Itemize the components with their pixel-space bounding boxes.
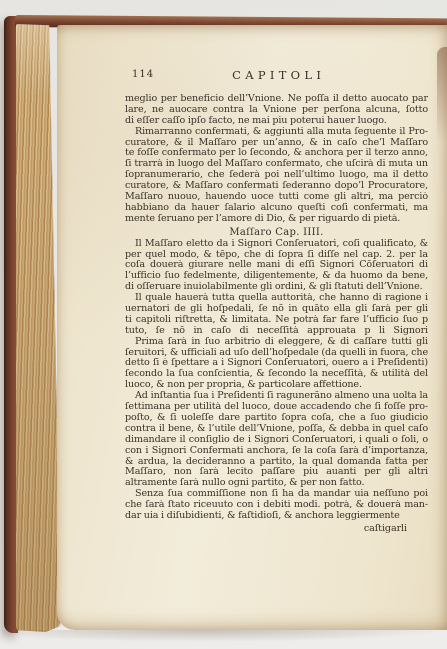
text-line: ſeruitori, & ufficiali ad uſo dell’hoſpe… xyxy=(125,348,428,359)
text-line: l’ufficio ſuo fedelmente, diligentemente… xyxy=(125,271,428,282)
text-line: dar uia i diſubidienti, & faſtidioſi, & … xyxy=(125,511,428,522)
text-line: ſettimana per utilità del luoco, doue ac… xyxy=(125,402,428,413)
text-line: Maſſaro nuouo, hauendo uoce tutti come g… xyxy=(125,192,428,203)
text-line: tuto, ſe nō in caſo di neceſſità approua… xyxy=(125,326,428,337)
text-line: te foſſe confermato per lo ſecondo, & an… xyxy=(125,148,428,159)
text-line: luoco, & non per propria, & particolare … xyxy=(125,380,428,391)
text-line: per quel modo, & tēpo, che di ſopra ſi d… xyxy=(125,250,428,261)
book-drop-shadow xyxy=(2,630,447,642)
text-line: di oſſeruare inuiolabilmente gli ordini,… xyxy=(125,282,428,293)
text-line: che ſarà ſtato riceuuto con i debiti mod… xyxy=(125,500,428,511)
text-line: Ad inſtantia ſua i Preſidenti ſi raguner… xyxy=(125,391,428,402)
running-title: CAPITOLI xyxy=(125,68,428,82)
text-line: ſopranumerario, che ſederà poi nell’ulti… xyxy=(125,170,428,181)
page-fore-edge xyxy=(16,24,61,632)
catchword: caſtigarli xyxy=(125,524,428,535)
text-line: poſto, & ſi uoleſſe dare partito ſopra c… xyxy=(125,413,428,424)
text-line: ſi trarrà in luogo del Maſſaro confermat… xyxy=(125,159,428,170)
text-line: coſa douerà giurare nelle mani di eſſi S… xyxy=(125,260,428,271)
text-line: & ardua, la decideranno a partito, la qu… xyxy=(125,457,428,468)
printed-text-area: 114 CAPITOLI meglio per beneficio dell’V… xyxy=(125,68,428,535)
book-photograph: 114 CAPITOLI meglio per beneficio dell’V… xyxy=(0,0,447,649)
text-line: dimandare il conſiglio de i Signori Conſ… xyxy=(125,435,428,446)
text-line: ſecondo la ſua conſcientia, & ſecondo la… xyxy=(125,369,428,380)
text-line: detto ſi è ſpettare a i Signori Conſerua… xyxy=(125,358,428,369)
text-line: Senza ſua commiſſione non ſi ha da manda… xyxy=(125,489,428,500)
chapter-heading: Maſſaro Cap. IIII. xyxy=(125,227,428,239)
text-block: meglio per beneficio dell’Vnione. Ne poſ… xyxy=(125,94,428,535)
text-line: di eſſer caſſo ipſo facto, ne mai piu po… xyxy=(125,116,428,127)
text-line: meglio per beneficio dell’Vnione. Ne poſ… xyxy=(125,94,428,105)
book-cover-edge xyxy=(4,16,18,633)
text-line: uernatori de gli hoſpedali, ſe nō in quā… xyxy=(125,304,428,315)
text-line: altramente ſarà nullo ogni partito, & pe… xyxy=(125,478,428,489)
text-line: Maſſaro, non ſarà lecito paſſare piu aua… xyxy=(125,467,428,478)
text-line: Il Maſſaro eletto da i Signori Conſeruat… xyxy=(125,239,428,250)
text-line: con i Signori Confermati anchora, ſe la … xyxy=(125,446,428,457)
text-line: Il quale hauerà tutta quella auttorità, … xyxy=(125,293,428,304)
text-line: curatore, & Maſſaro confermati ſederanno… xyxy=(125,181,428,192)
text-line: habbiano da hauer ſalario alcuno queſti … xyxy=(125,203,428,214)
gutter-shadow xyxy=(437,47,447,142)
text-line: curatore, & il Maſſaro per un’anno, & in… xyxy=(125,138,428,149)
text-line: Rimarranno confermati, & aggiunti alla m… xyxy=(125,127,428,138)
text-line: ti capitoli riſtretta, & limitata. Ne po… xyxy=(125,315,428,326)
text-line: Prima ſarà in ſuo arbitrio di eleggere, … xyxy=(125,337,428,348)
text-line: mente ſeruano per l’amore di Dio, & per … xyxy=(125,214,428,225)
text-line: lare, ne auocare contra la Vnione per pe… xyxy=(125,105,428,116)
page-header: 114 CAPITOLI xyxy=(125,68,428,82)
text-line: contra il bene, & l’utile dell’Vnione, p… xyxy=(125,424,428,435)
